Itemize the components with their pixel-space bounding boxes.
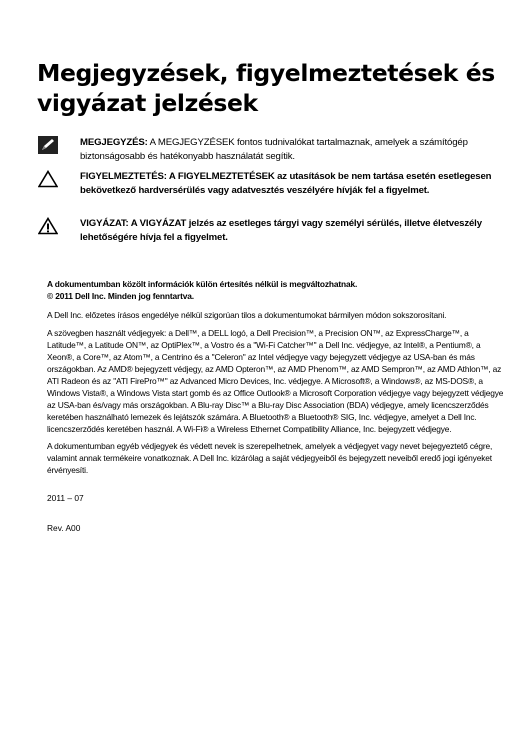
page-title: Megjegyzések, figyelmeztetések és vigyáz… <box>37 58 507 118</box>
caution-exclamation-triangle-icon <box>38 217 58 235</box>
note-notice: MEGJEGYZÉS: A MEGJEGYZÉSEK fontos tudniv… <box>38 136 503 164</box>
warning-triangle-icon <box>38 170 58 188</box>
trademarks-paragraph: A szövegben használt védjegyek: a Dell™,… <box>47 327 507 435</box>
notice-label: VIGYÁZAT: <box>80 218 129 229</box>
publication-date: 2011 – 07 <box>47 493 84 503</box>
caution-notice: VIGYÁZAT: A VIGYÁZAT jelzés az esetleges… <box>38 217 503 245</box>
copyright-notice: © 2011 Dell Inc. Minden jog fenntartva. <box>47 290 507 302</box>
other-trademarks-paragraph: A dokumentumban egyéb védjegyek és védet… <box>47 440 507 476</box>
warning-notice: FIGYELMEZTETÉS: A FIGYELMEZTETÉSEK az ut… <box>38 170 503 198</box>
notice-text: A VIGYÁZAT jelzés az esetleges tárgyi va… <box>80 218 482 243</box>
notice-label: FIGYELMEZTETÉS: <box>80 171 167 182</box>
subject-to-change-notice: A dokumentumban közölt információk külön… <box>47 278 507 290</box>
revision-label: Rev. A00 <box>47 523 80 533</box>
note-pencil-icon <box>38 136 58 154</box>
reproduction-notice: A Dell Inc. előzetes írásos engedélye né… <box>47 309 507 321</box>
notice-label: MEGJEGYZÉS: <box>80 137 148 148</box>
